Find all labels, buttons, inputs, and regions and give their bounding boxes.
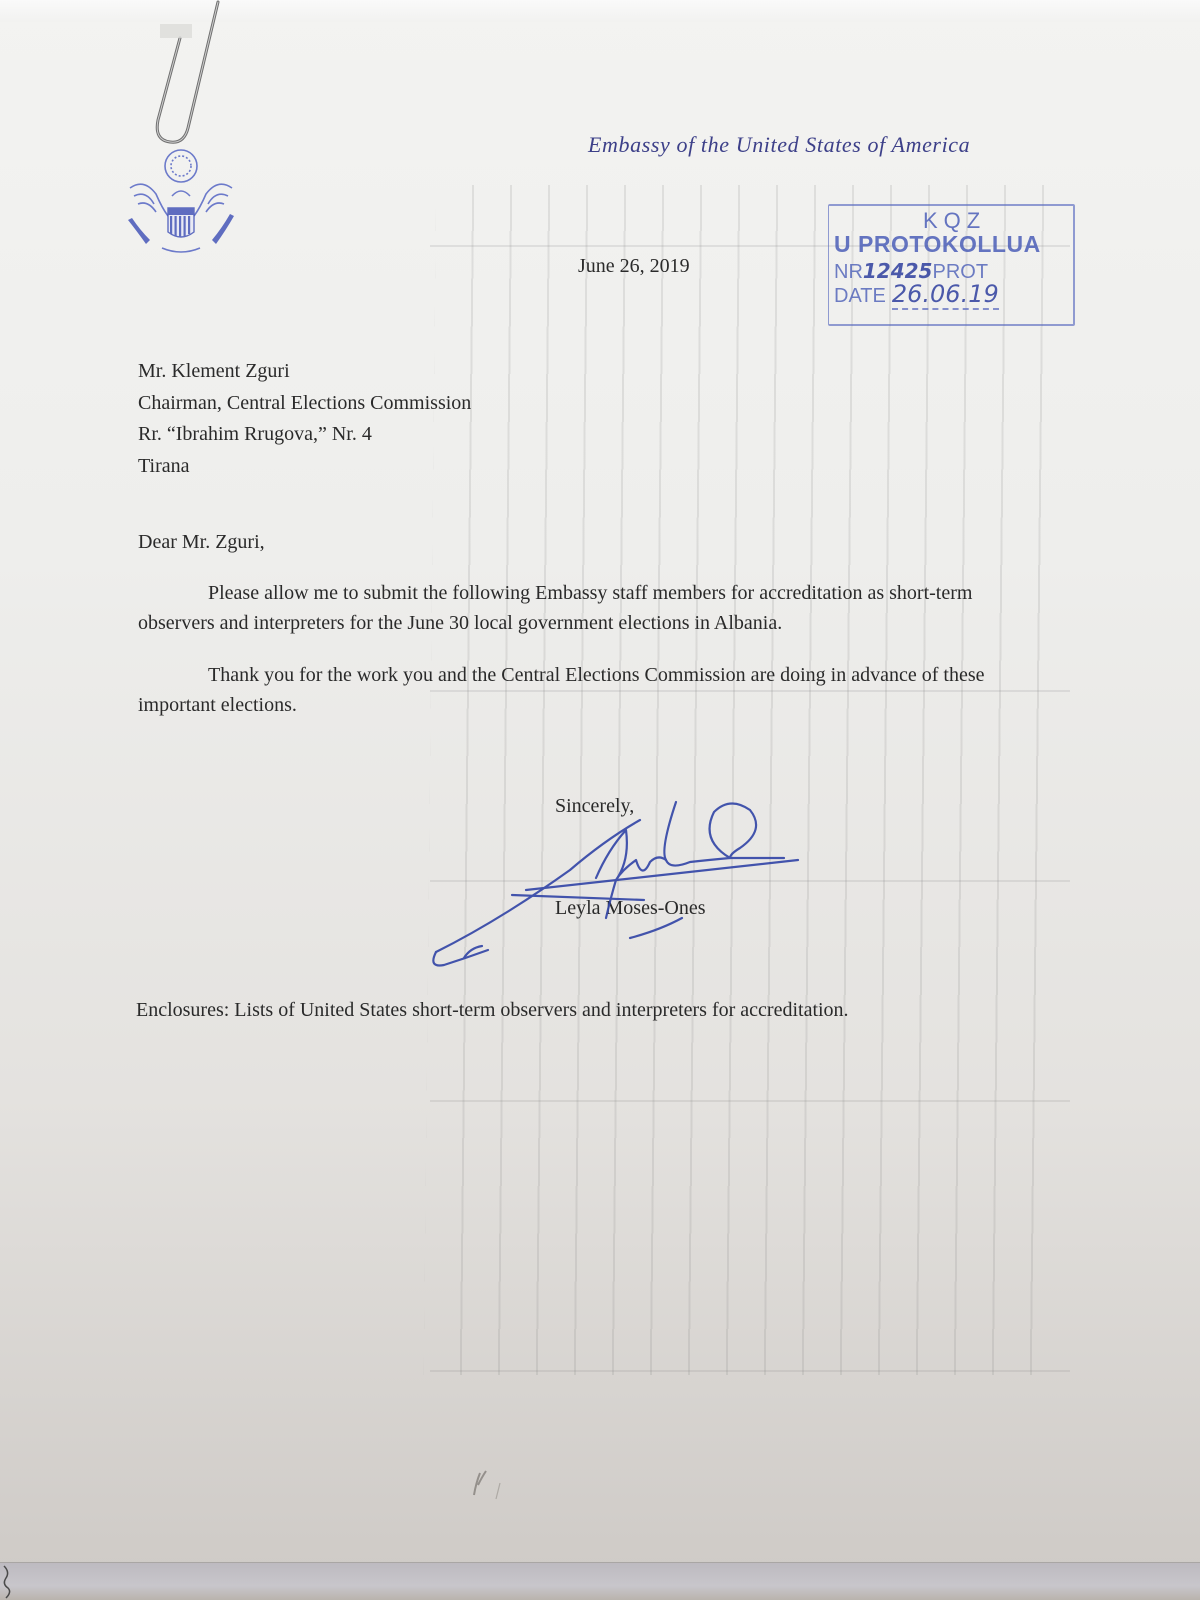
enclosures-note: Enclosures: Lists of United States short… <box>136 999 849 1022</box>
stamp-date-value: 26.06.19 <box>892 280 999 310</box>
recipient-address: Mr. Klement Zguri Chairman, Central Elec… <box>138 356 471 482</box>
great-seal-icon <box>122 138 240 256</box>
handwritten-margin-mark <box>0 1562 18 1600</box>
recipient-name: Mr. Klement Zguri <box>138 356 471 388</box>
recipient-title: Chairman, Central Elections Commission <box>138 388 471 420</box>
show-through-line <box>430 1370 1070 1372</box>
signature-icon <box>430 800 810 990</box>
stamp-status: U PROTOKOLLUA <box>834 231 1041 258</box>
stamp-date-line: DATE26.06.19 <box>834 280 999 308</box>
show-through-line <box>430 1100 1070 1102</box>
recipient-street: Rr. “Ibrahim Rrugova,” Nr. 4 <box>138 419 471 451</box>
paperclip-icon <box>140 0 220 150</box>
stamp-date-label: DATE <box>834 285 886 307</box>
recipient-city: Tirana <box>138 451 471 483</box>
ink-smudge <box>466 1455 506 1500</box>
underlying-surface <box>0 1562 1200 1600</box>
body-paragraph: Thank you for the work you and the Centr… <box>138 660 1038 720</box>
body-paragraph: Please allow me to submit the following … <box>138 578 1038 638</box>
letterhead-title: Embassy of the United States of America <box>588 132 970 158</box>
letter-date: June 26, 2019 <box>578 255 690 278</box>
letter-page: Embassy of the United States of America … <box>0 0 1200 1568</box>
received-stamp: KQZ U PROTOKOLLUA NR12425PROT DATE26.06.… <box>828 204 1076 324</box>
salutation: Dear Mr. Zguri, <box>138 531 265 554</box>
show-through-table <box>424 185 1076 1375</box>
